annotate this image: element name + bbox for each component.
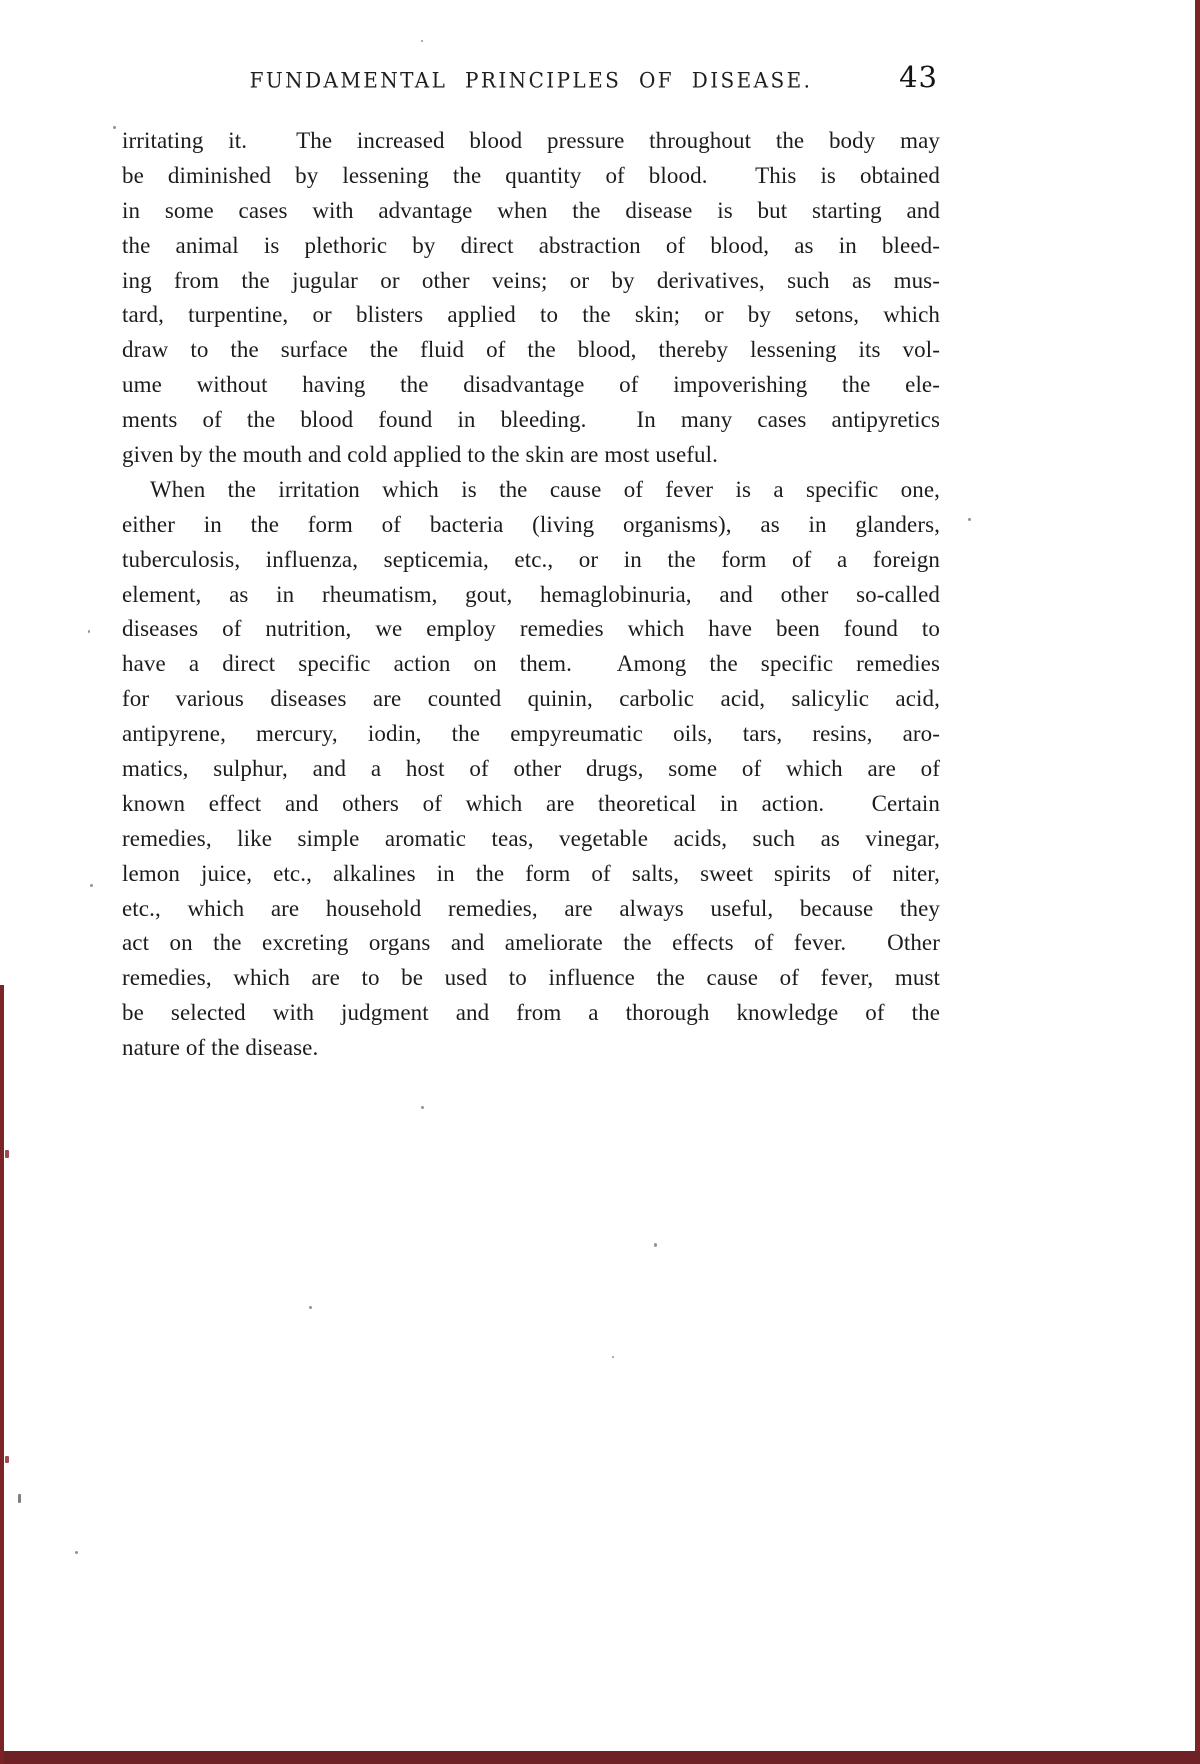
paragraph: irritating it. The increased blood press… [122, 124, 940, 473]
scan-speck [5, 1456, 9, 1463]
scan-edge-bottom [0, 1751, 1200, 1764]
scan-speck [90, 884, 93, 887]
scan-speck [75, 1551, 78, 1554]
scan-speck [18, 1494, 21, 1503]
text-line: ume without having the disadvantage of i… [122, 368, 940, 403]
scan-speck [654, 1243, 657, 1247]
text-line: matics, sulphur, and a host of other dru… [122, 752, 940, 787]
text-line: element, as in rheumatism, gout, hemaglo… [122, 578, 940, 613]
text-line: known effect and others of which are the… [122, 787, 940, 822]
scan-speck [968, 518, 971, 521]
text-line: nature of the disease. [122, 1031, 940, 1066]
book-page: FUNDAMENTAL PRINCIPLES OF DISEASE. 43 ir… [0, 0, 1200, 1764]
text-line: etc., which are household remedies, are … [122, 892, 940, 927]
text-line: ments of the blood found in bleeding. In… [122, 403, 940, 438]
text-line: either in the form of bacteria (living o… [122, 508, 940, 543]
text-line: irritating it. The increased blood press… [122, 124, 940, 159]
text-line: diseases of nutrition, we employ remedie… [122, 612, 940, 647]
scan-edge-right [1195, 0, 1200, 1764]
text-line: act on the excreting organs and ameliora… [122, 926, 940, 961]
page-header: FUNDAMENTAL PRINCIPLES OF DISEASE. 43 [122, 68, 940, 102]
scan-speck [421, 40, 423, 42]
text-line: be selected with judgment and from a tho… [122, 996, 940, 1031]
text-line: be diminished by lessening the quantity … [122, 159, 940, 194]
text-line: lemon juice, etc., alkalines in the form… [122, 857, 940, 892]
scan-speck [88, 630, 90, 633]
text-line: antipyrene, mercury, iodin, the empyreum… [122, 717, 940, 752]
text-line: draw to the surface the fluid of the blo… [122, 333, 940, 368]
scan-speck [113, 126, 116, 129]
scan-speck [309, 1306, 312, 1309]
scan-speck [421, 1106, 424, 1109]
paragraph: When the irritation which is the cause o… [122, 473, 940, 1066]
text-line: remedies, like simple aromatic teas, veg… [122, 822, 940, 857]
text-line: have a direct specific action on them. A… [122, 647, 940, 682]
scan-edge-left [0, 985, 4, 1764]
text-block: irritating it. The increased blood press… [122, 124, 940, 1066]
text-line: When the irritation which is the cause o… [122, 473, 940, 508]
text-line: remedies, which are to be used to influe… [122, 961, 940, 996]
text-line: ing from the jugular or other veins; or … [122, 264, 940, 299]
page-number: 43 [899, 60, 938, 94]
scan-speck [612, 1356, 614, 1358]
text-line: given by the mouth and cold applied to t… [122, 438, 940, 473]
text-line: for various diseases are counted quinin,… [122, 682, 940, 717]
scan-speck [5, 1150, 9, 1158]
text-line: the animal is plethoric by direct abstra… [122, 229, 940, 264]
text-line: tuberculosis, influenza, septicemia, etc… [122, 543, 940, 578]
text-line: in some cases with advantage when the di… [122, 194, 940, 229]
running-title: FUNDAMENTAL PRINCIPLES OF DISEASE. [122, 67, 940, 92]
text-line: tard, turpentine, or blisters applied to… [122, 298, 940, 333]
